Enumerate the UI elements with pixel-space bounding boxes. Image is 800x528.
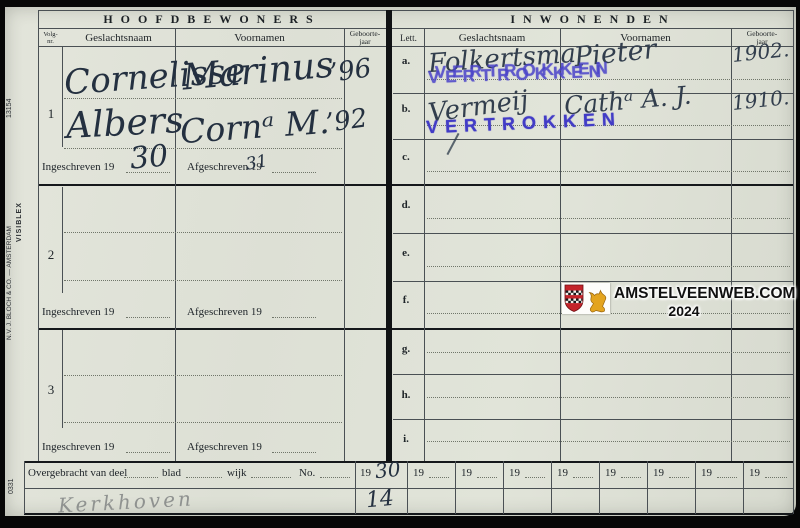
year-cell-prefix: 19: [605, 467, 616, 479]
dotted-rule: [427, 218, 790, 219]
dotted-leader: [272, 317, 316, 318]
column-header-lett: Lett.: [393, 33, 424, 43]
row-letter: b.: [395, 103, 417, 115]
no-label: No.: [299, 467, 315, 479]
grid-line-h: [38, 28, 793, 29]
block-number: 1: [42, 106, 60, 122]
dotted-leader: [477, 477, 497, 478]
handwritten-birthyear: ’96: [328, 55, 373, 87]
grid-line-v: [355, 461, 356, 514]
column-header-firstnames-left: Voornamen: [175, 32, 344, 44]
grid-line-v: [24, 461, 25, 514]
watermark-site: AMSTELVEENWEB.COM: [614, 285, 795, 303]
amstelveen-crest-icon: [562, 283, 610, 314]
afgeschreven-label: Afgeschreven 19: [187, 441, 262, 453]
grid-line-v: [647, 461, 648, 514]
handwritten-no-value: 14: [365, 488, 395, 512]
ingeschreven-label: Ingeschreven 19: [42, 306, 114, 318]
grid-line-v: [551, 461, 552, 514]
grid-line-v: [793, 10, 794, 514]
dotted-rule: [64, 232, 342, 233]
column-header-birthyear-left: Geboorte- jaar: [344, 30, 386, 46]
transfer-label: Overgebracht van deel: [28, 467, 127, 479]
dotted-rule: [427, 352, 790, 353]
dotted-leader: [126, 452, 170, 453]
year-cell-prefix: 19: [413, 467, 424, 479]
dotted-rule: [427, 266, 790, 267]
dotted-leader: [573, 477, 593, 478]
row-letter: h.: [395, 389, 417, 401]
row-letter: d.: [395, 199, 417, 211]
dotted-leader: [272, 172, 316, 173]
margin-form-code: 0331: [8, 454, 15, 494]
dotted-rule: [427, 171, 790, 172]
coat-of-arms-logo: [562, 283, 610, 314]
grid-line-h: [38, 10, 793, 11]
column-header-volgnr: Volg- nr.: [39, 31, 62, 45]
margin-brand-text: VISIBLEX: [16, 170, 23, 242]
ingeschreven-label: Ingeschreven 19: [42, 161, 114, 173]
dotted-rule: [64, 422, 342, 423]
watermark: AMSTELVEENWEB.COM 2024: [560, 281, 755, 323]
dotted-leader: [669, 477, 689, 478]
dotted-leader: [525, 477, 545, 478]
block-separator-line: [24, 461, 793, 463]
grid-line-h: [393, 374, 793, 375]
year-cell-prefix: 19: [461, 467, 472, 479]
grid-line-v: [62, 330, 63, 428]
dotted-leader: [320, 477, 350, 478]
handwritten-surname: Albers: [65, 103, 184, 145]
grid-line-v: [743, 461, 744, 514]
year-cell-prefix: 19: [749, 467, 760, 479]
dotted-leader: [251, 477, 291, 478]
row-letter: c.: [395, 151, 417, 163]
dotted-leader: [126, 317, 170, 318]
handwritten-ingeschreven-year: 30: [129, 141, 170, 174]
year-cell-prefix: 19: [557, 467, 568, 479]
row-letter: a.: [395, 55, 417, 67]
watermark-year: 2024: [614, 303, 754, 319]
grid-line-v: [344, 28, 345, 461]
afgeschreven-label: Afgeschreven 19: [187, 306, 262, 318]
dotted-rule: [64, 375, 342, 376]
grid-line-v: [455, 461, 456, 514]
column-header-volgnr-line1: Volg-: [39, 31, 62, 38]
register-card-scan: 13154 N.V. J. BLOCH & CO. — AMSTERDAM VI…: [0, 0, 800, 528]
year-cell-prefix: 19: [360, 467, 371, 479]
column-header-volgnr-line2: nr.: [39, 38, 62, 45]
grid-line-v: [424, 28, 425, 461]
handwritten-afgeschreven-year: 31: [245, 153, 269, 173]
center-divider-line: [386, 10, 392, 461]
dotted-rule: [427, 441, 790, 442]
grid-line-v: [38, 10, 39, 461]
block-separator-line: [38, 184, 793, 186]
year-cell-prefix: 19: [509, 467, 520, 479]
row-letter: f.: [395, 294, 417, 306]
grid-line-h: [38, 46, 793, 47]
wijk-label: wijk: [227, 467, 247, 479]
block-number: 3: [42, 382, 60, 398]
dotted-leader: [272, 452, 316, 453]
dotted-leader: [186, 477, 222, 478]
grid-line-v: [503, 461, 504, 514]
right-section-title: INWONENDEN: [393, 12, 793, 27]
column-header-birthyear-left-line2: jaar: [344, 38, 386, 46]
grid-line-v: [62, 187, 63, 293]
dotted-leader: [124, 477, 158, 478]
row-letter: g.: [395, 343, 417, 355]
blad-label: blad: [162, 467, 181, 479]
row-letter: i.: [395, 433, 417, 445]
dotted-rule: [64, 280, 342, 281]
grid-line-h: [393, 233, 793, 234]
handwritten-birthyear: ’92: [324, 105, 369, 137]
grid-line-v: [599, 461, 600, 514]
handwritten-birthyear: 1910.: [731, 87, 790, 113]
year-cell-prefix: 19: [701, 467, 712, 479]
dotted-rule: [427, 397, 790, 398]
margin-serial-number: 13154: [6, 48, 13, 118]
year-cell-prefix: 19: [653, 467, 664, 479]
handwritten-firstnames: Cornᵃ M.: [179, 105, 330, 148]
block-separator-line: [38, 328, 793, 330]
dotted-leader: [717, 477, 737, 478]
grid-line-v: [407, 461, 408, 514]
block-number: 2: [42, 247, 60, 263]
dotted-leader: [621, 477, 641, 478]
ingeschreven-label: Ingeschreven 19: [42, 441, 114, 453]
dotted-leader: [765, 477, 787, 478]
dotted-leader: [429, 477, 449, 478]
grid-line-v: [62, 47, 63, 147]
handwritten-year-value: 30: [374, 459, 401, 482]
grid-line-v: [695, 461, 696, 514]
handwritten-birthyear: 1902.: [731, 39, 790, 65]
margin-publisher-text: N.V. J. BLOCH & CO. — AMSTERDAM: [6, 168, 13, 340]
grid-line-h: [393, 419, 793, 420]
column-header-surname-left: Geslachtsnaam: [62, 32, 175, 44]
left-section-title: HOOFDBEWONERS: [38, 12, 386, 27]
row-letter: e.: [395, 247, 417, 259]
